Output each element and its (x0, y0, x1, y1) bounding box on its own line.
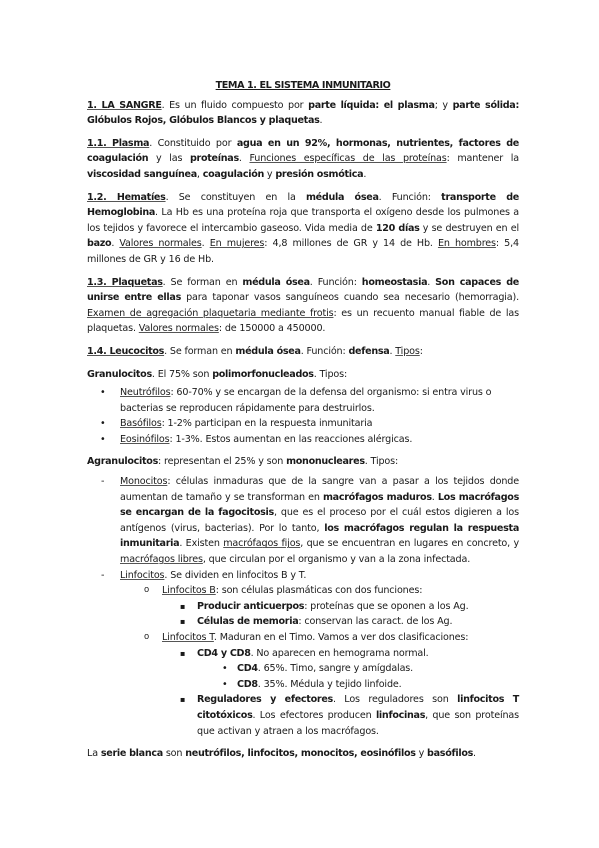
list-item: Basófilos: 1-2% participan en la respues… (87, 416, 519, 432)
list-item: CD8. 35%. Médula y tejido linfoide. (87, 677, 519, 693)
list-item: Producir anticuerpos: proteínas que se o… (87, 599, 519, 615)
section-heading: 1.2. Hematíes (87, 192, 166, 203)
list-item: CD4. 65%. Timo, sangre y amígdalas. (87, 661, 519, 677)
granulocitos-list: Neutrófilos: 60-70% y se encargan de la … (87, 385, 519, 447)
list-item-cd4-cd8: CD4 y CD8. No aparecen en hemograma norm… (87, 646, 519, 693)
agranulocitos-intro: Agranulocitos: representan el 25% y son … (87, 454, 519, 470)
section-leucocitos: 1.4. Leucocitos. Se forman en médula óse… (87, 344, 519, 360)
document-page: TEMA 1. EL SISTEMA INMUNITARIO 1. LA SAN… (87, 78, 519, 769)
list-item-monocitos: Monocitos: células inmaduras que de la s… (87, 474, 519, 568)
section-plaquetas: 1.3. Plaquetas. Se forman en médula ósea… (87, 275, 519, 337)
agranulocitos-list: Monocitos: células inmaduras que de la s… (87, 474, 519, 739)
cd-sublist: CD4. 65%. Timo, sangre y amígdalas. CD8.… (197, 661, 519, 692)
section-heading: 1. LA SANGRE (87, 100, 162, 111)
list-item-reguladores: Reguladores y efectores. Los reguladores… (87, 692, 519, 739)
linfocitos-b-functions: Producir anticuerpos: proteínas que se o… (162, 599, 519, 630)
page-title: TEMA 1. EL SISTEMA INMUNITARIO (87, 78, 519, 94)
section-heading: 1.3. Plaquetas (87, 277, 163, 288)
section-heading: 1.4. Leucocitos (87, 346, 164, 357)
list-item: Células de memoria: conservan las caract… (87, 614, 519, 630)
section-heading: 1.1. Plasma (87, 138, 149, 149)
list-item-linfocitos-b: Linfocitos B: son células plasmáticas co… (87, 583, 519, 630)
list-item-linfocitos-t: Linfocitos T. Maduran en el Timo. Vamos … (87, 630, 519, 739)
section-plasma: 1.1. Plasma. Constituido por agua en un … (87, 136, 519, 183)
section-hematies: 1.2. Hematíes. Se constituyen en la médu… (87, 190, 519, 268)
list-item-linfocitos: Linfocitos. Se dividen en linfocitos B y… (87, 568, 519, 740)
section-sangre: 1. LA SANGRE. Es un fluido compuesto por… (87, 98, 519, 129)
linfocitos-sublist: Linfocitos B: son células plasmáticas co… (87, 583, 519, 739)
linfocitos-t-classes: CD4 y CD8. No aparecen en hemograma norm… (162, 646, 519, 740)
granulocitos-intro: Granulocitos. El 75% son polimorfonuclea… (87, 367, 519, 383)
serie-blanca-summary: La serie blanca son neutrófilos, linfoci… (87, 746, 519, 762)
list-item: Neutrófilos: 60-70% y se encargan de la … (87, 385, 519, 416)
list-item: Eosinófilos: 1-3%. Estos aumentan en las… (87, 432, 519, 448)
